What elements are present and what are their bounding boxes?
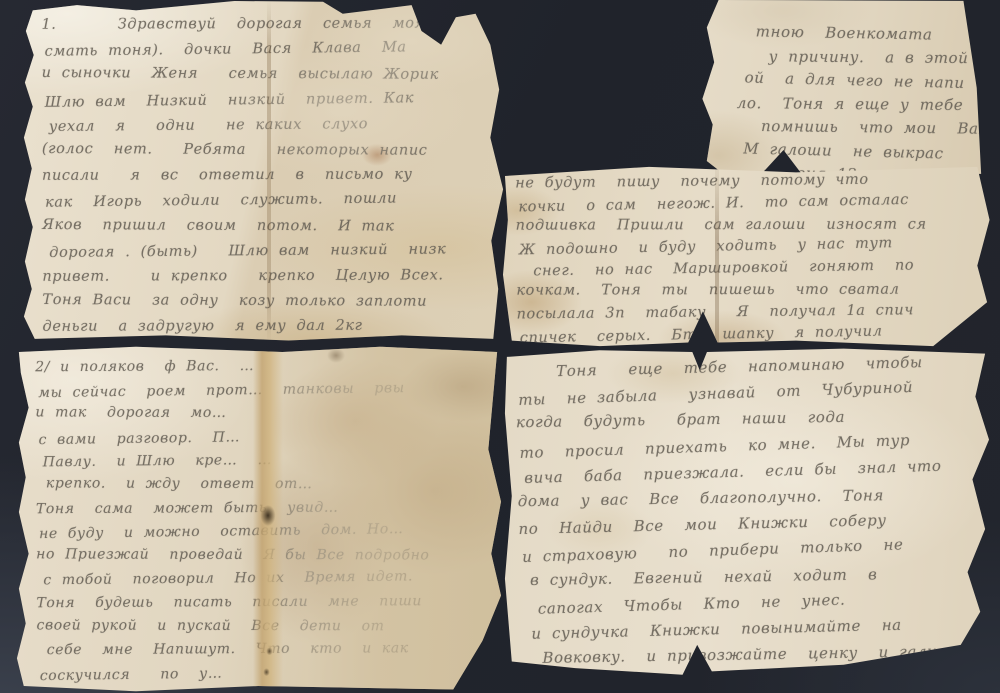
- handwritten-line: (голос нет. Ребята некоторых напис: [42, 137, 502, 164]
- letter-sheet-bottom-right: Тоня еще тебе напоминаю чтобыты не забыл…: [502, 347, 990, 678]
- photo-of-handwritten-letters: 1. Здравствуй дорогая семья моясмать тон…: [0, 0, 1000, 693]
- letter-sheet-top-left: 1. Здравствуй дорогая семья моясмать тон…: [18, 0, 510, 344]
- handwritten-line: 1. Здравствуй дорогая семья моя: [41, 11, 501, 38]
- handwriting-block: 1. Здравствуй дорогая семья моясмать тон…: [41, 11, 502, 340]
- letter-sheet-bottom-left: 2/ и поляков ф Вас. …мы сейчас роем прот…: [14, 345, 502, 693]
- handwritten-line: как Игорь ходили служить. пошли: [45, 186, 505, 217]
- handwritten-line: кочкам. Тоня ты пишешь что сватал: [516, 279, 984, 302]
- fold-crease: [715, 165, 719, 348]
- letter-strip-middle-right: не будут пишу почему потому чтокочки о с…: [502, 165, 992, 348]
- handwritten-line: привет. и крепко крепко Целую Всех.: [42, 263, 502, 290]
- handwritten-line: уехал я одни не каких слухо: [49, 111, 509, 140]
- fold-crease: [267, 0, 271, 344]
- handwritten-line: Яков пришил своим потом. И так: [42, 213, 502, 240]
- handwritten-line: тною Военкомата: [714, 20, 981, 48]
- handwritten-line: ло. Тоня я еще у тебе: [716, 91, 983, 117]
- tape-strip: [253, 345, 283, 693]
- handwriting-block: не будут пишу почему потому чтокочки о с…: [515, 169, 985, 348]
- letter-fragment-top-right: тною Военкомата у причину. а в этой ой а…: [695, 0, 990, 183]
- handwritten-line: дорогая . (быть) Шлю вам низкий низк: [49, 237, 509, 266]
- handwritten-line: Тоня Васи за одну козу только заплоти: [42, 288, 502, 315]
- handwriting-block: тною Военкомата у причину. а в этой ой а…: [712, 20, 982, 183]
- handwritten-line: и сыночки Женя семья высылаю Жорик: [42, 61, 502, 88]
- handwritten-line: деньги а задругую я ему дал 2кг: [42, 314, 502, 341]
- handwriting-block: Тоня еще тебе напоминаю чтобыты не забыл…: [514, 348, 982, 674]
